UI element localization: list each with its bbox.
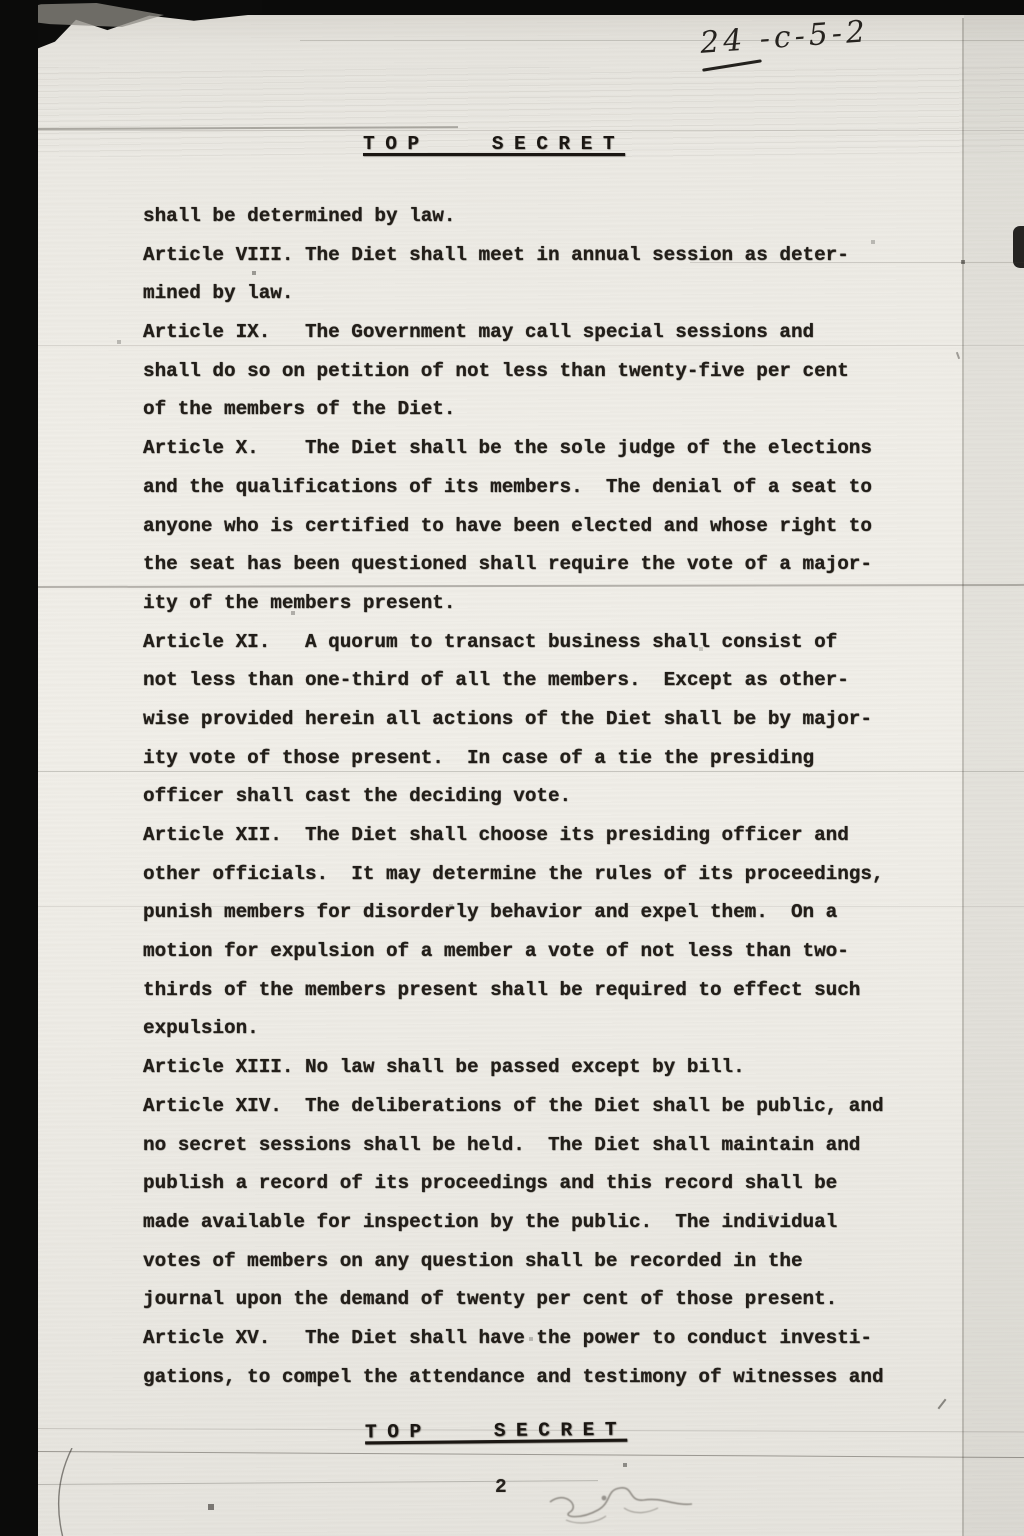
text-line: the seat has been questioned shall requi… — [143, 545, 884, 584]
text-line: ity of the members present. — [143, 584, 884, 623]
text-line: anyone who is certified to have been ele… — [143, 507, 884, 546]
document-body: shall be determined by law.Article VIII.… — [143, 197, 884, 1396]
text-line: officer shall cast the deciding vote. — [143, 777, 884, 816]
text-line: Article XV. The Diet shall have the powe… — [143, 1319, 884, 1358]
text-line: journal upon the demand of twenty per ce… — [143, 1280, 884, 1319]
page-fold-line — [962, 18, 964, 1536]
text-line: no secret sessions shall be held. The Di… — [143, 1126, 884, 1165]
text-line: Article XI. A quorum to transact busines… — [143, 623, 884, 662]
text-line: punish members for disorderly behavior a… — [143, 893, 884, 932]
text-line: not less than one-third of all the membe… — [143, 661, 884, 700]
pen-tick-mark — [938, 1399, 947, 1410]
text-line: and the qualifications of its members. T… — [143, 468, 884, 507]
text-line: Article IX. The Government may call spec… — [143, 313, 884, 352]
scan-streak — [300, 40, 1024, 41]
scan-streak — [38, 1480, 598, 1485]
text-line: mined by law. — [143, 274, 884, 313]
text-line: thirds of the members present shall be r… — [143, 971, 884, 1010]
text-line: of the members of the Diet. — [143, 390, 884, 429]
pen-tick-mark — [956, 352, 960, 359]
classification-header: TOP SECRET — [363, 133, 625, 155]
classification-footer: TOP SECRET — [365, 1419, 627, 1444]
ink-smudge — [540, 1472, 710, 1532]
text-line: shall do so on petition of not less than… — [143, 352, 884, 391]
text-line: ity vote of those present. In case of a … — [143, 739, 884, 778]
scan-edge-left — [0, 0, 38, 1536]
crease-mark — [48, 1448, 88, 1536]
text-line: made available for inspection by the pub… — [143, 1203, 884, 1242]
dust-specks — [0, 0, 2, 2]
scan-streaks-top — [38, 15, 1024, 67]
text-line: publish a record of its proceedings and … — [143, 1164, 884, 1203]
text-line: other officials. It may determine the ru… — [143, 855, 884, 894]
scan-streak — [38, 130, 1024, 131]
text-line: votes of members on any question shall b… — [143, 1242, 884, 1281]
text-line: motion for expulsion of a member a vote … — [143, 932, 884, 971]
text-line: Article XII. The Diet shall choose its p… — [143, 816, 884, 855]
page-number: 2 — [495, 1476, 507, 1498]
text-line: Article VIII. The Diet shall meet in ann… — [143, 236, 884, 275]
text-line: gations, to compel the attendance and te… — [143, 1358, 884, 1397]
scanned-document-page: 24 -c-5-2 TOP SECRET shall be determined… — [0, 0, 1024, 1536]
text-line: Article X. The Diet shall be the sole ju… — [143, 429, 884, 468]
text-line: expulsion. — [143, 1009, 884, 1048]
text-line: wise provided herein all actions of the … — [143, 700, 884, 739]
text-line: Article XIV. The deliberations of the Di… — [143, 1087, 884, 1126]
text-line: Article XIII. No law shall be passed exc… — [143, 1048, 884, 1087]
scan-streak — [38, 1451, 1024, 1458]
text-line: shall be determined by law. — [143, 197, 884, 236]
